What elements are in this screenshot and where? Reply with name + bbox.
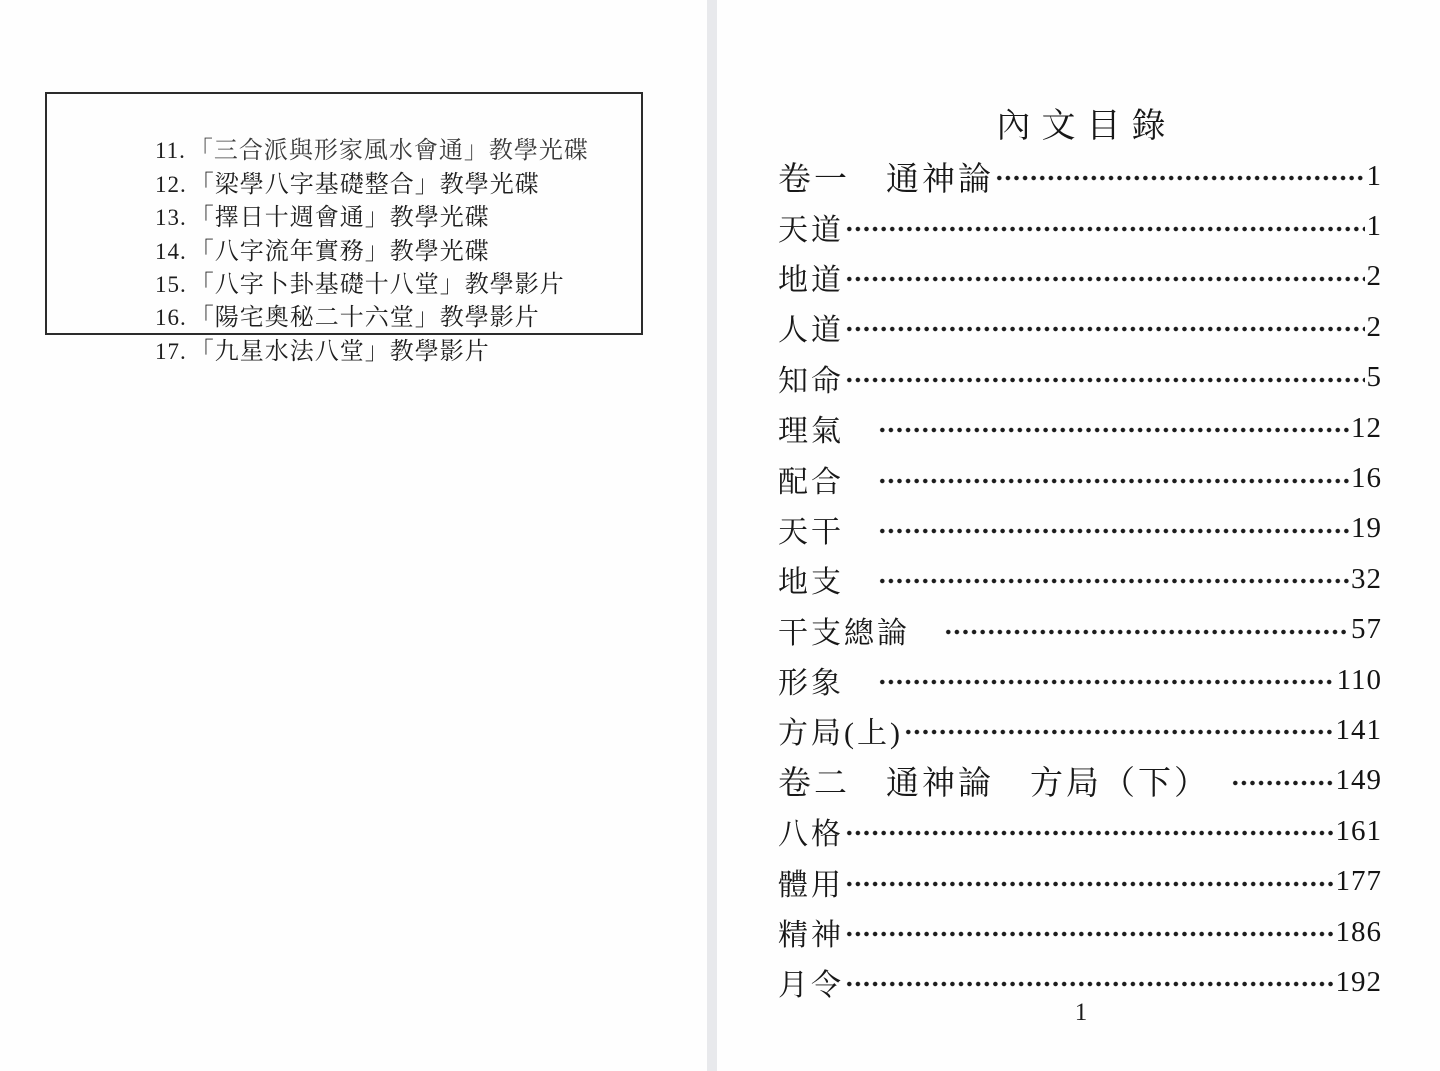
list-item: 11.「三合派與形家風水會通」教學光碟 bbox=[99, 101, 641, 134]
toc-entry-label: 形象 bbox=[778, 658, 877, 702]
dot-leader bbox=[845, 314, 1365, 344]
toc-entry-label: 地支 bbox=[778, 557, 877, 601]
toc-entry-label: 精神 bbox=[778, 910, 844, 954]
footer-page-number: 1 bbox=[780, 999, 1382, 1027]
list-item-number: 16. bbox=[155, 301, 187, 334]
dot-leader bbox=[845, 214, 1365, 244]
toc-entry: 卷二 通神論 方局（下） 149 bbox=[778, 756, 1382, 806]
dot-leader bbox=[944, 617, 1349, 647]
toc-entry: 天干 19 bbox=[778, 504, 1382, 554]
toc-entry-label: 地道 bbox=[778, 255, 844, 299]
toc-entry-page: 161 bbox=[1335, 815, 1383, 848]
toc-entry: 精神186 bbox=[778, 907, 1382, 957]
toc-entry-page: 12 bbox=[1350, 412, 1382, 445]
toc-entry-page: 186 bbox=[1335, 916, 1383, 949]
toc-entry-page: 141 bbox=[1335, 714, 1383, 747]
toc-entry-label: 天干 bbox=[778, 507, 877, 551]
list-item-title: 「擇日十週會通」教學光碟 bbox=[190, 205, 490, 231]
toc-entry: 配合 16 bbox=[778, 453, 1382, 503]
toc-entry-page: 19 bbox=[1350, 512, 1382, 545]
toc-entry-label: 知命 bbox=[778, 356, 844, 400]
toc-entry: 八格161 bbox=[778, 806, 1382, 856]
toc-entry-page: 192 bbox=[1335, 966, 1383, 999]
dot-leader bbox=[845, 818, 1334, 848]
toc-entry: 體用177 bbox=[778, 856, 1382, 906]
toc-entry-label: 配合 bbox=[778, 457, 877, 501]
list-item-title: 「九星水法八堂」教學影片 bbox=[190, 339, 490, 365]
toc-entry-page: 57 bbox=[1350, 613, 1382, 646]
toc-entry: 天道1 bbox=[778, 201, 1382, 251]
page-gutter-divider bbox=[707, 0, 717, 1071]
toc-entry-page: 149 bbox=[1335, 764, 1383, 797]
toc-entry-label: 人道 bbox=[778, 305, 844, 349]
toc-entry-page: 5 bbox=[1366, 361, 1383, 394]
toc-entry-page: 110 bbox=[1336, 664, 1382, 697]
toc-entry-label: 理氣 bbox=[778, 406, 877, 450]
scanned-book-spread: 11.「三合派與形家風水會通」教學光碟 12.「梁學八字基礎整合」教學光碟 13… bbox=[0, 0, 1440, 1071]
dot-leader bbox=[845, 264, 1365, 294]
list-item-number: 12. bbox=[155, 168, 187, 201]
left-page: 11.「三合派與形家風水會通」教學光碟 12.「梁學八字基礎整合」教學光碟 13… bbox=[0, 0, 707, 1071]
list-item-title: 「八字卜卦基礎十八堂」教學影片 bbox=[190, 272, 565, 298]
toc-entry: 理氣 12 bbox=[778, 403, 1382, 453]
dot-leader bbox=[878, 516, 1349, 546]
toc-entry-page: 177 bbox=[1335, 865, 1383, 898]
toc-entry-label: 卷二 通神論 方局（下） bbox=[778, 757, 1230, 804]
toc-entry-label: 體用 bbox=[778, 860, 844, 904]
toc-entry-page: 2 bbox=[1366, 311, 1383, 344]
dot-leader bbox=[845, 919, 1334, 949]
toc-entry: 干支總論 57 bbox=[778, 605, 1382, 655]
toc-entry-page: 1 bbox=[1366, 160, 1383, 193]
toc-entry: 形象 110 bbox=[778, 655, 1382, 705]
dot-leader bbox=[904, 717, 1334, 747]
list-item-title: 「梁學八字基礎整合」教學光碟 bbox=[190, 172, 540, 198]
toc-entry-label: 方局(上) bbox=[778, 708, 903, 752]
dot-leader bbox=[878, 415, 1349, 445]
toc-entry: 地支 32 bbox=[778, 554, 1382, 604]
dot-leader bbox=[995, 163, 1365, 193]
list-item-number: 17. bbox=[155, 335, 187, 368]
toc-entry-page: 16 bbox=[1350, 462, 1382, 495]
dot-leader bbox=[845, 365, 1365, 395]
toc-entry-label: 卷一 通神論 bbox=[778, 153, 994, 200]
dot-leader bbox=[845, 869, 1334, 899]
toc-entry-page: 1 bbox=[1366, 210, 1383, 243]
list-item-title: 「三合派與形家風水會通」教學光碟 bbox=[189, 138, 589, 164]
dot-leader bbox=[878, 466, 1349, 496]
list-item-title: 「陽宅奧秘二十六堂」教學影片 bbox=[190, 305, 540, 331]
toc-entry-label: 干支總論 bbox=[778, 608, 943, 652]
toc-entry-page: 32 bbox=[1350, 563, 1382, 596]
toc-entry: 方局(上) 141 bbox=[778, 705, 1382, 755]
toc-entry-label: 八格 bbox=[778, 809, 844, 853]
list-item-number: 14. bbox=[155, 235, 187, 268]
toc-entry: 地道2 bbox=[778, 252, 1382, 302]
toc-entry: 知命5 bbox=[778, 353, 1382, 403]
toc-entry-label: 天道 bbox=[778, 205, 844, 249]
course-list-box: 11.「三合派與形家風水會通」教學光碟 12.「梁學八字基礎整合」教學光碟 13… bbox=[45, 92, 643, 335]
toc-entry: 人道2 bbox=[778, 302, 1382, 352]
page-title: 內文目錄 bbox=[780, 98, 1382, 147]
dot-leader bbox=[878, 566, 1349, 596]
dot-leader bbox=[1231, 768, 1334, 798]
list-item-title: 「八字流年實務」教學光碟 bbox=[190, 239, 490, 265]
right-page: 內文目錄 卷一 通神論1 天道1 地道2 人道2 知命5 理氣 12 配合 16 bbox=[717, 0, 1440, 1071]
toc-entry: 卷一 通神論1 bbox=[778, 151, 1382, 201]
dot-leader bbox=[878, 667, 1335, 697]
table-of-contents: 卷一 通神論1 天道1 地道2 人道2 知命5 理氣 12 配合 16 天干 1… bbox=[778, 151, 1382, 1008]
toc-entry-page: 2 bbox=[1366, 260, 1383, 293]
list-item-number: 11. bbox=[155, 134, 186, 167]
toc-entry-label: 月令 bbox=[778, 960, 844, 1004]
dot-leader bbox=[845, 969, 1334, 999]
list-item-number: 13. bbox=[155, 201, 187, 234]
list-item-number: 15. bbox=[155, 268, 187, 301]
